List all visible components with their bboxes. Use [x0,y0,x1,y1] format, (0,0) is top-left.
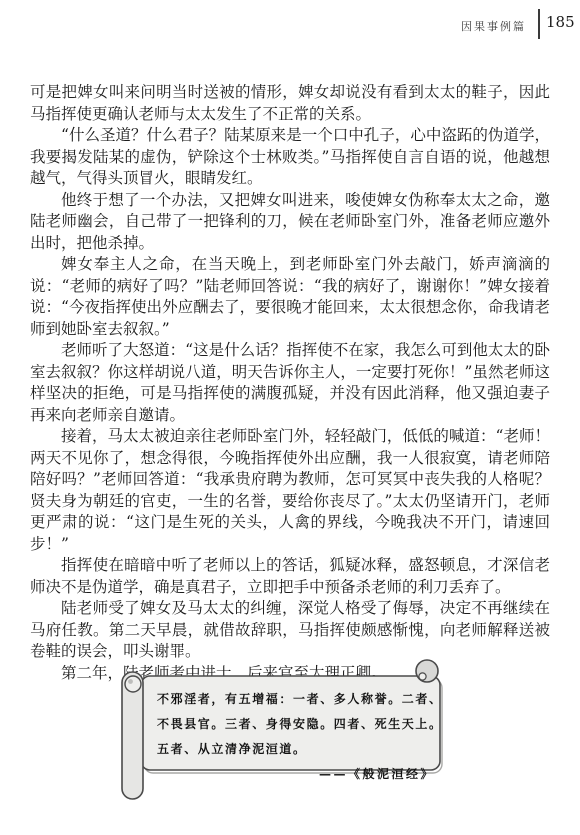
running-header: 因果事例篇 185 [0,0,580,48]
scroll-quote-line: 不邪淫者，有五增福：一者、多人称誉。二者、 [157,687,435,712]
book-page: 因果事例篇 185 可是把婢女叫来问明当时送被的情形，婢女却说没有看到太太的鞋子… [0,0,580,835]
scroll-right-curl-spiral-icon [419,673,426,680]
scroll-quote-line: 不畏县官。三者、身得安隐。四者、死生天上。 [157,712,435,737]
body-text: 可是把婢女叫来问明当时送被的情形，婢女却说没有看到太太的鞋子，因此马指挥使更确认… [30,82,550,684]
header-divider [538,9,540,39]
scroll-left-roll-dot [128,679,133,684]
quote-scroll: 不邪淫者，有五增福：一者、多人称誉。二者、 不畏县官。三者、身得安隐。四者、死生… [121,656,443,808]
body-paragraph: 陆老师受了婢女及马太太的纠缠，深觉人格受了侮辱，决定不再继续在马府任教。第二天早… [30,598,550,663]
body-paragraph: 他终于想了一个办法，又把婢女叫进来，唆使婢女伪称奉太太之命，邀陆老师幽会，自己带… [30,190,550,255]
body-paragraph: “什么圣道？什么君子？陆某原来是一个口中孔子，心中盗跖的伪道学，我要揭发陆某的虚… [30,125,550,190]
body-paragraph: 婢女奉主人之命，在当天晚上，到老师卧室门外去敲门，娇声滴滴的说：“老师的病好了吗… [30,254,550,340]
scroll-left-roll-spiral-icon [125,676,141,692]
scroll-quote: 不邪淫者，有五增福：一者、多人称誉。二者、 不畏县官。三者、身得安隐。四者、死生… [157,687,435,787]
body-paragraph: 指挥使在暗暗中听了老师以上的答话，狐疑冰释，盛怒顿息，才深信老师决不是伪道学，确… [30,555,550,598]
scroll-quote-line: 五者、从立清净泥洹道。 [157,737,435,762]
quote-attribution: ——《般泥洹经》 [157,762,435,787]
body-paragraph: 接着，马太太被迫亲往老师卧室门外，轻轻敲门，低低的喊道：“老师！两天不见你了，想… [30,426,550,555]
page-number: 185 [546,13,574,31]
body-paragraph: 老师听了大怒道：“这是什么话？指挥使不在家，我怎么可到他太太的卧室去叙叙？你这样… [30,340,550,426]
chapter-title: 因果事例篇 [461,18,526,34]
body-paragraph: 可是把婢女叫来问明当时送被的情形，婢女却说没有看到太太的鞋子，因此马指挥使更确认… [30,82,550,125]
